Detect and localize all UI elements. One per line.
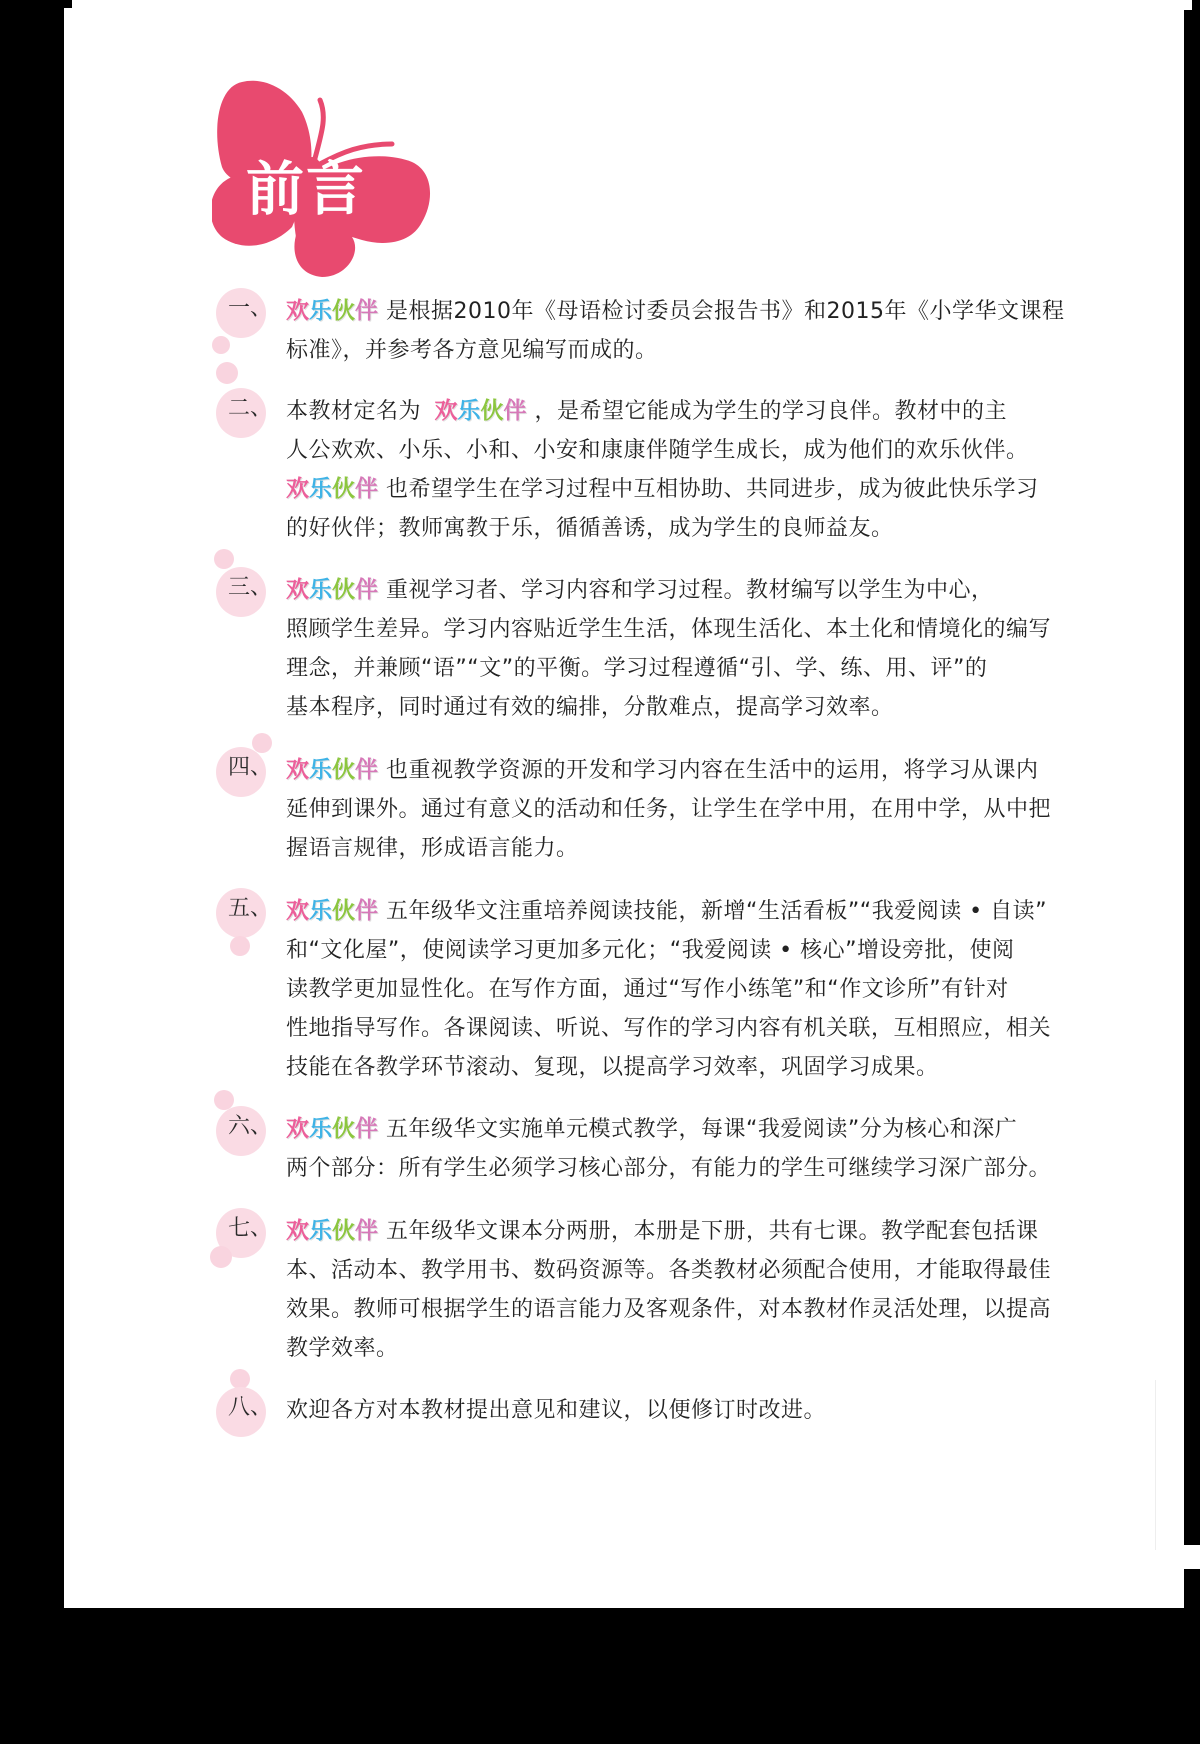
text-line: 照顾学生差异。学习内容贴近学生生活，体现生活化、本土化和情境化的编写 <box>286 610 1076 649</box>
brand-logo: 欢乐伙伴 <box>286 1110 378 1149</box>
section-text: 欢乐伙伴是根据2010年《母语检讨委员会报告书》和2015年《小学华文课程 标准… <box>286 292 1076 370</box>
section-text: 欢乐伙伴五年级华文注重培养阅读技能，新增“生活看板”“我爱阅读 • 自读” 和“… <box>286 892 1076 1087</box>
text-line: 本教材定名为 欢乐伙伴，是希望它能成为学生的学习良伴。教材中的主 <box>286 392 1076 431</box>
text-line: 欢乐伙伴也重视教学资源的开发和学习内容在生活中的运用，将学习从课内 <box>286 751 1076 790</box>
page-edge-right <box>1184 1545 1200 1569</box>
bubble-decoration <box>214 549 234 569</box>
text-line: 欢乐伙伴重视学习者、学习内容和学习过程。教材编写以学生为中心， <box>286 571 1076 610</box>
section-text: 欢乐伙伴重视学习者、学习内容和学习过程。教材编写以学生为中心， 照顾学生差异。学… <box>286 571 1076 727</box>
text-line: 教学效率。 <box>286 1329 1076 1368</box>
text-line: 和“文化屋”，使阅读学习更加多元化；“我爱阅读 • 核心”增设旁批，使阅 <box>286 931 1076 970</box>
text-line: 理念，并兼顾“语”“文”的平衡。学习过程遵循“引、学、练、用、评”的 <box>286 649 1076 688</box>
section-text: 欢乐伙伴五年级华文实施单元模式教学，每课“我爱阅读”分为核心和深广 两个部分：所… <box>286 1110 1076 1188</box>
text-line: 技能在各教学环节滚动、复现，以提高学习效率，巩固学习成果。 <box>286 1048 1076 1087</box>
text-line: 的好伙伴；教师寓教于乐，循循善诱，成为学生的良师益友。 <box>286 509 1076 548</box>
section-number: 五、 <box>228 898 272 920</box>
section-number: 七、 <box>228 1218 272 1240</box>
section-number: 四、 <box>228 757 272 779</box>
section-text: 欢乐伙伴五年级华文课本分两册，本册是下册，共有七课。教学配套包括课 本、活动本、… <box>286 1212 1076 1368</box>
section-text: 欢迎各方对本教材提出意见和建议，以便修订时改进。 <box>286 1391 1076 1430</box>
bubble-decoration <box>252 733 272 753</box>
brand-logo: 欢乐伙伴 <box>286 292 378 331</box>
page-title: 前言 <box>246 160 366 218</box>
bubble-decoration <box>216 362 238 384</box>
text-line: 两个部分：所有学生必须学习核心部分，有能力的学生可继续学习深广部分。 <box>286 1149 1076 1188</box>
text-line: 欢乐伙伴是根据2010年《母语检讨委员会报告书》和2015年《小学华文课程 <box>286 292 1076 331</box>
bubble-decoration <box>230 936 250 956</box>
text-line: 基本程序，同时通过有效的编排，分散难点，提高学习效率。 <box>286 688 1076 727</box>
text-line: 欢乐伙伴也希望学生在学习过程中互相协助、共同进步，成为彼此快乐学习 <box>286 470 1076 509</box>
text-line: 握语言规律，形成语言能力。 <box>286 829 1076 868</box>
section-number: 六、 <box>228 1116 272 1138</box>
text-line: 效果。教师可根据学生的语言能力及客观条件，对本教材作灵活处理，以提高 <box>286 1290 1076 1329</box>
bubble-decoration <box>212 336 230 354</box>
brand-logo: 欢乐伙伴 <box>286 470 378 509</box>
section-number: 三、 <box>228 577 272 599</box>
text-line: 欢乐伙伴五年级华文实施单元模式教学，每课“我爱阅读”分为核心和深广 <box>286 1110 1076 1149</box>
section-number: 二、 <box>228 398 272 420</box>
brand-logo: 欢乐伙伴 <box>286 1212 378 1251</box>
text-line: 性地指导写作。各课阅读、听说、写作的学习内容有机关联，互相照应，相关 <box>286 1009 1076 1048</box>
text-line: 欢乐伙伴五年级华文注重培养阅读技能，新增“生活看板”“我爱阅读 • 自读” <box>286 892 1076 931</box>
text-line: 人公欢欢、小乐、小和、小安和康康伴随学生成长，成为他们的欢乐伙伴。 <box>286 431 1076 470</box>
bubble-decoration <box>210 1246 232 1268</box>
section-text: 本教材定名为 欢乐伙伴，是希望它能成为学生的学习良伴。教材中的主 人公欢欢、小乐… <box>286 392 1076 548</box>
brand-logo: 欢乐伙伴 <box>286 892 378 931</box>
section-number: 一、 <box>228 298 272 320</box>
brand-logo: 欢乐伙伴 <box>286 751 378 790</box>
brand-logo: 欢乐伙伴 <box>435 392 527 431</box>
text-line: 延伸到课外。通过有意义的活动和任务，让学生在学中用，在用中学，从中把 <box>286 790 1076 829</box>
section-text: 欢乐伙伴也重视教学资源的开发和学习内容在生活中的运用，将学习从课内 延伸到课外。… <box>286 751 1076 868</box>
text-line: 本、活动本、教学用书、数码资源等。各类教材必须配合使用，才能取得最佳 <box>286 1251 1076 1290</box>
text-line: 读教学更加显性化。在写作方面，通过“写作小练笔”和“作文诊所”有针对 <box>286 970 1076 1009</box>
bubble-decoration <box>230 1369 250 1389</box>
brand-logo: 欢乐伙伴 <box>286 571 378 610</box>
text-line: 标准》，并参考各方意见编写而成的。 <box>286 331 1076 370</box>
scan-artifact-line <box>1155 1380 1156 1550</box>
section-number: 八、 <box>228 1397 272 1419</box>
text-line: 欢迎各方对本教材提出意见和建议，以便修订时改进。 <box>286 1391 1076 1430</box>
text-line: 欢乐伙伴五年级华文课本分两册，本册是下册，共有七课。教学配套包括课 <box>286 1212 1076 1251</box>
